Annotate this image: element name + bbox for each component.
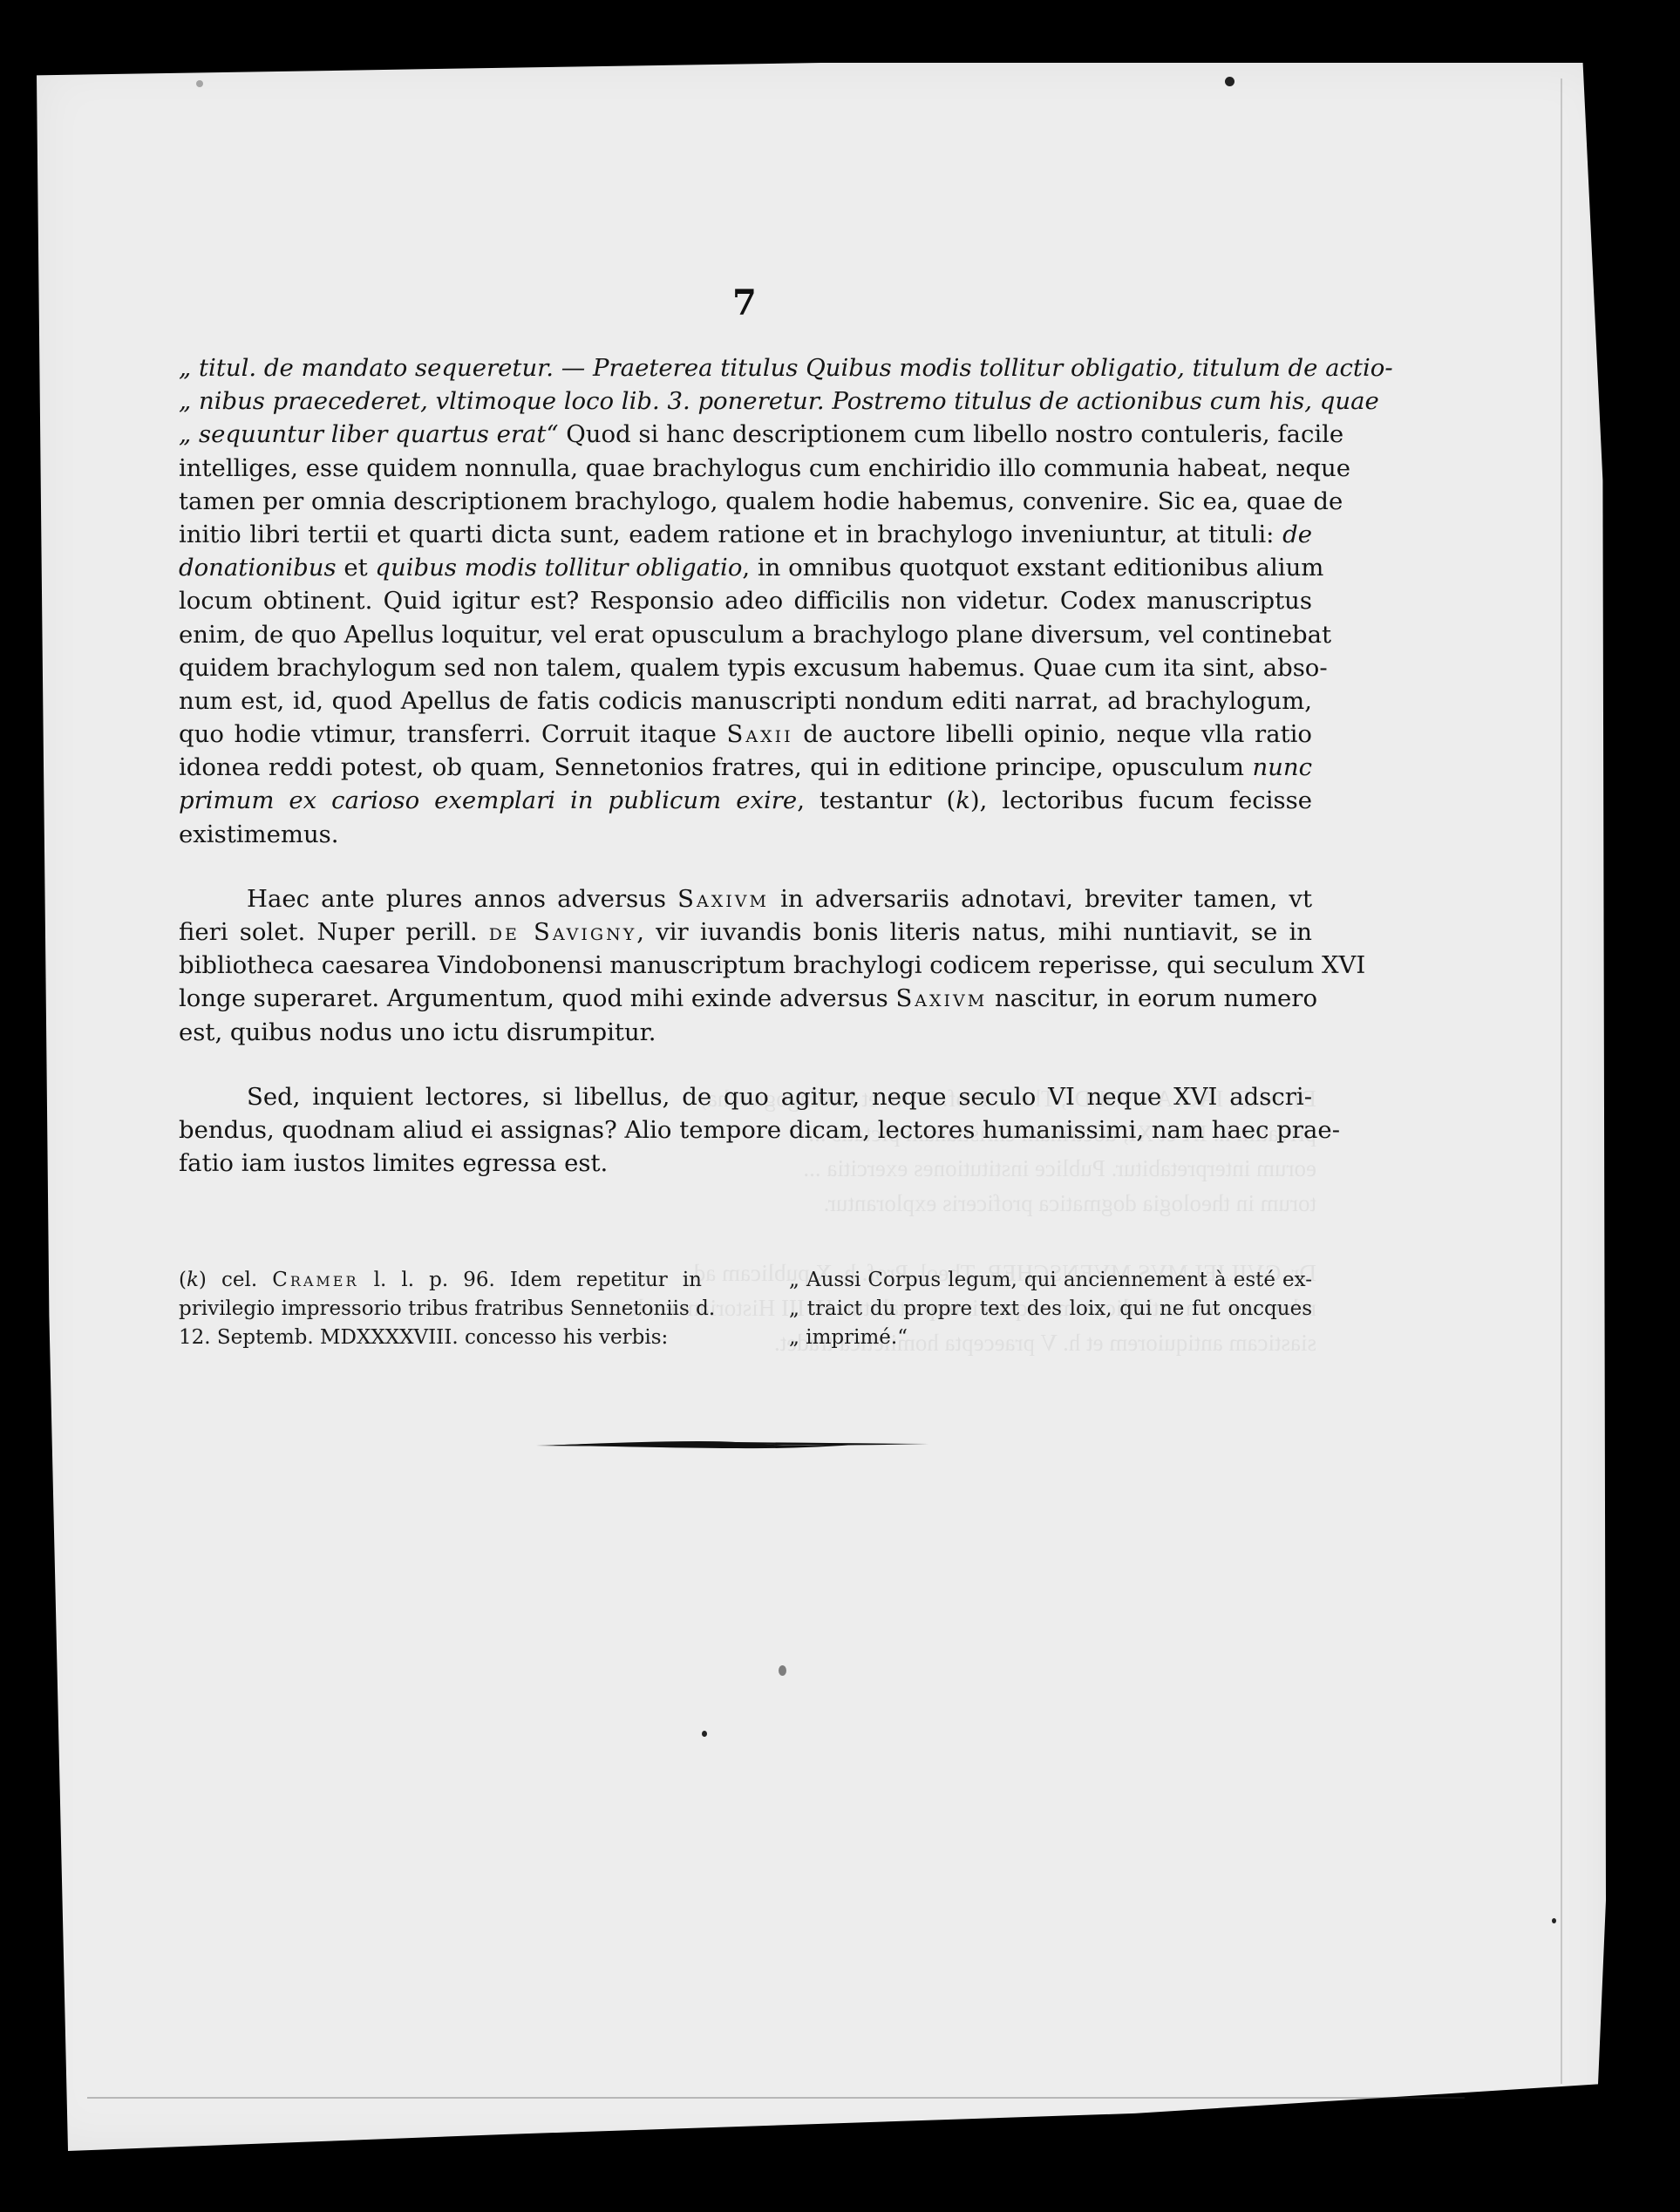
paragraph-p2: Haec ante plures annos adversus Saxivm i…	[179, 882, 1312, 1049]
footnote-line: (k) cel. Cramer l. l. p. 96. Idem repeti…	[179, 1266, 702, 1295]
text-run: initio libri tertii et quarti dicta sunt…	[179, 521, 1282, 548]
text-run: est, quibus nodus uno ictu disrumpitur.	[179, 1018, 656, 1046]
text-run: „ traict du propre text des loix, qui ne…	[789, 1297, 1312, 1320]
footnote-right-column: „ Aussi Corpus legum, qui anciennement à…	[789, 1266, 1312, 1352]
ornamental-swell-rule	[536, 1439, 928, 1451]
text-run: privilegio impressorio tribus fratribus …	[179, 1297, 715, 1320]
text-line: primum ex carioso exemplari in publicum …	[179, 784, 1312, 817]
text-line: Haec ante plures annos adversus Saxivm i…	[179, 882, 1312, 915]
text-run: , testantur (	[797, 786, 956, 814]
text-run: de	[1282, 521, 1312, 548]
text-line: „ sequuntur liber quartus erat“ Quod si …	[179, 418, 1312, 451]
text-run: idonea reddi potest, ob quam, Sennetonio…	[179, 753, 1252, 781]
text-run: „ Aussi Corpus legum, qui anciennement à…	[789, 1269, 1312, 1291]
text-run: k	[956, 786, 970, 814]
text-run: longe superaret. Argumentum, quod mihi e…	[179, 984, 895, 1012]
text-run: et	[337, 554, 376, 582]
text-run: ), lectoribus fucum fecisse	[970, 786, 1312, 814]
text-run: locum obtinent. Quid igitur est? Respons…	[179, 587, 1312, 615]
text-line: est, quibus nodus uno ictu disrumpitur.	[179, 1016, 1312, 1049]
text-run: tamen per omnia descriptionem brachylogo…	[179, 487, 1343, 515]
text-run: (	[179, 1269, 187, 1291]
footnote-line: „ imprimé.“	[789, 1324, 1312, 1352]
text-line: quidem brachylogum sed non talem, qualem…	[179, 651, 1312, 684]
ink-spot	[702, 1731, 707, 1737]
text-run: existimemus.	[179, 820, 339, 848]
paragraph-p1: „ titul. de mandato sequeretur. — Praete…	[179, 351, 1312, 851]
text-run: nunc	[1252, 753, 1312, 781]
text-run: „ nibus praecederet, vltimoque loco lib.…	[179, 387, 1379, 415]
text-run: fatio iam iustos limites egressa est.	[179, 1149, 608, 1177]
ink-spot	[196, 80, 203, 87]
footnote-line: „ Aussi Corpus legum, qui anciennement à…	[789, 1266, 1312, 1295]
text-line: fatio iam iustos limites egressa est.	[179, 1147, 1312, 1180]
text-run: fieri solet. Nuper perill.	[179, 918, 489, 946]
text-run: Quod si hanc descriptionem cum libello n…	[559, 420, 1344, 448]
footnote-left-column: (k) cel. Cramer l. l. p. 96. Idem repeti…	[179, 1266, 702, 1352]
ink-spot	[1225, 77, 1234, 86]
ink-spot	[1552, 1918, 1556, 1923]
text-run: quidem brachylogum sed non talem, qualem…	[179, 654, 1328, 682]
text-run: Cramer	[272, 1269, 358, 1291]
text-run: intelliges, esse quidem nonnulla, quae b…	[179, 454, 1350, 482]
footnote-line: „ traict du propre text des loix, qui ne…	[789, 1295, 1312, 1324]
footnotes: (k) cel. Cramer l. l. p. 96. Idem repeti…	[179, 1266, 1312, 1352]
text-run: Saxivm	[895, 984, 987, 1012]
footnote-line: privilegio impressorio tribus fratribus …	[179, 1295, 702, 1324]
page-edge-bottom	[87, 2097, 1465, 2099]
text-line: Sed, inquient lectores, si libellus, de …	[179, 1080, 1312, 1113]
text-line: fieri solet. Nuper perill. de Savigny, v…	[179, 915, 1312, 949]
text-run: , vir iuvandis bonis literis natus, mihi…	[636, 918, 1312, 946]
text-run: quo hodie vtimur, transferri. Corruit it…	[179, 720, 727, 748]
text-line: tamen per omnia descriptionem brachylogo…	[179, 485, 1312, 518]
text-run: de auctore libelli opinio, neque vlla ra…	[793, 720, 1312, 748]
footnote-line: 12. Septemb. MDXXXXVIII. concesso his ve…	[179, 1324, 702, 1352]
paragraph-gap	[179, 1049, 1312, 1080]
text-line: locum obtinent. Quid igitur est? Respons…	[179, 584, 1312, 617]
text-run: „ imprimé.“	[789, 1326, 908, 1349]
text-line: existimemus.	[179, 818, 1312, 851]
text-line: donationibus et quibus modis tollitur ob…	[179, 551, 1312, 584]
text-run: num est, id, quod Apellus de fatis codic…	[179, 687, 1312, 715]
text-line: bendus, quodnam aliud ei assignas? Alio …	[179, 1113, 1312, 1147]
text-run: l. l. p. 96. Idem repetitur in	[359, 1269, 702, 1291]
text-run: nascitur, in eorum numero	[987, 984, 1317, 1012]
text-run: „ sequuntur liber quartus erat“	[179, 420, 559, 448]
ink-spot	[779, 1665, 786, 1676]
text-line: „ titul. de mandato sequeretur. — Praete…	[179, 351, 1312, 385]
text-run: „ titul. de mandato sequeretur. — Praete…	[179, 354, 1393, 382]
text-run: de Savigny	[489, 918, 636, 946]
text-run: Saxii	[727, 720, 793, 748]
text-line: enim, de quo Apellus loquitur, vel erat …	[179, 618, 1312, 651]
text-line: num est, id, quod Apellus de fatis codic…	[179, 684, 1312, 718]
text-line: „ nibus praecederet, vltimoque loco lib.…	[179, 385, 1312, 418]
text-run: quibus modis tollitur obligatio	[375, 554, 742, 582]
text-run: Sed, inquient lectores, si libellus, de …	[247, 1083, 1312, 1111]
text-line: longe superaret. Argumentum, quod mihi e…	[179, 982, 1312, 1015]
body-text: „ titul. de mandato sequeretur. — Praete…	[179, 351, 1312, 1180]
text-run: primum ex carioso exemplari in publicum …	[179, 786, 797, 814]
text-run: enim, de quo Apellus loquitur, vel erat …	[179, 621, 1331, 649]
page-edge-right	[1561, 78, 1580, 2084]
page-number: 7	[732, 286, 757, 321]
text-run: Saxivm	[677, 885, 769, 913]
text-run: in adversariis adnotavi, breviter tamen,…	[769, 885, 1312, 913]
paragraph-gap	[179, 851, 1312, 882]
text-line: bibliotheca caesarea Vindobonensi manusc…	[179, 949, 1312, 982]
paragraph-p3: Sed, inquient lectores, si libellus, de …	[179, 1080, 1312, 1181]
text-run: donationibus	[179, 554, 337, 582]
text-line: intelliges, esse quidem nonnulla, quae b…	[179, 452, 1312, 485]
text-run: , in omnibus quotquot exstant editionibu…	[742, 554, 1323, 582]
text-run: Haec ante plures annos adversus	[247, 885, 677, 913]
text-run: ) cel.	[199, 1269, 272, 1291]
text-run: bibliotheca caesarea Vindobonensi manusc…	[179, 951, 1365, 979]
text-line: quo hodie vtimur, transferri. Corruit it…	[179, 718, 1312, 751]
text-run: 12. Septemb. MDXXXXVIII. concesso his ve…	[179, 1326, 668, 1349]
text-line: initio libri tertii et quarti dicta sunt…	[179, 518, 1312, 551]
text-line: idonea reddi potest, ob quam, Sennetonio…	[179, 751, 1312, 784]
text-run: bendus, quodnam aliud ei assignas? Alio …	[179, 1116, 1340, 1144]
text-run: k	[187, 1269, 199, 1291]
